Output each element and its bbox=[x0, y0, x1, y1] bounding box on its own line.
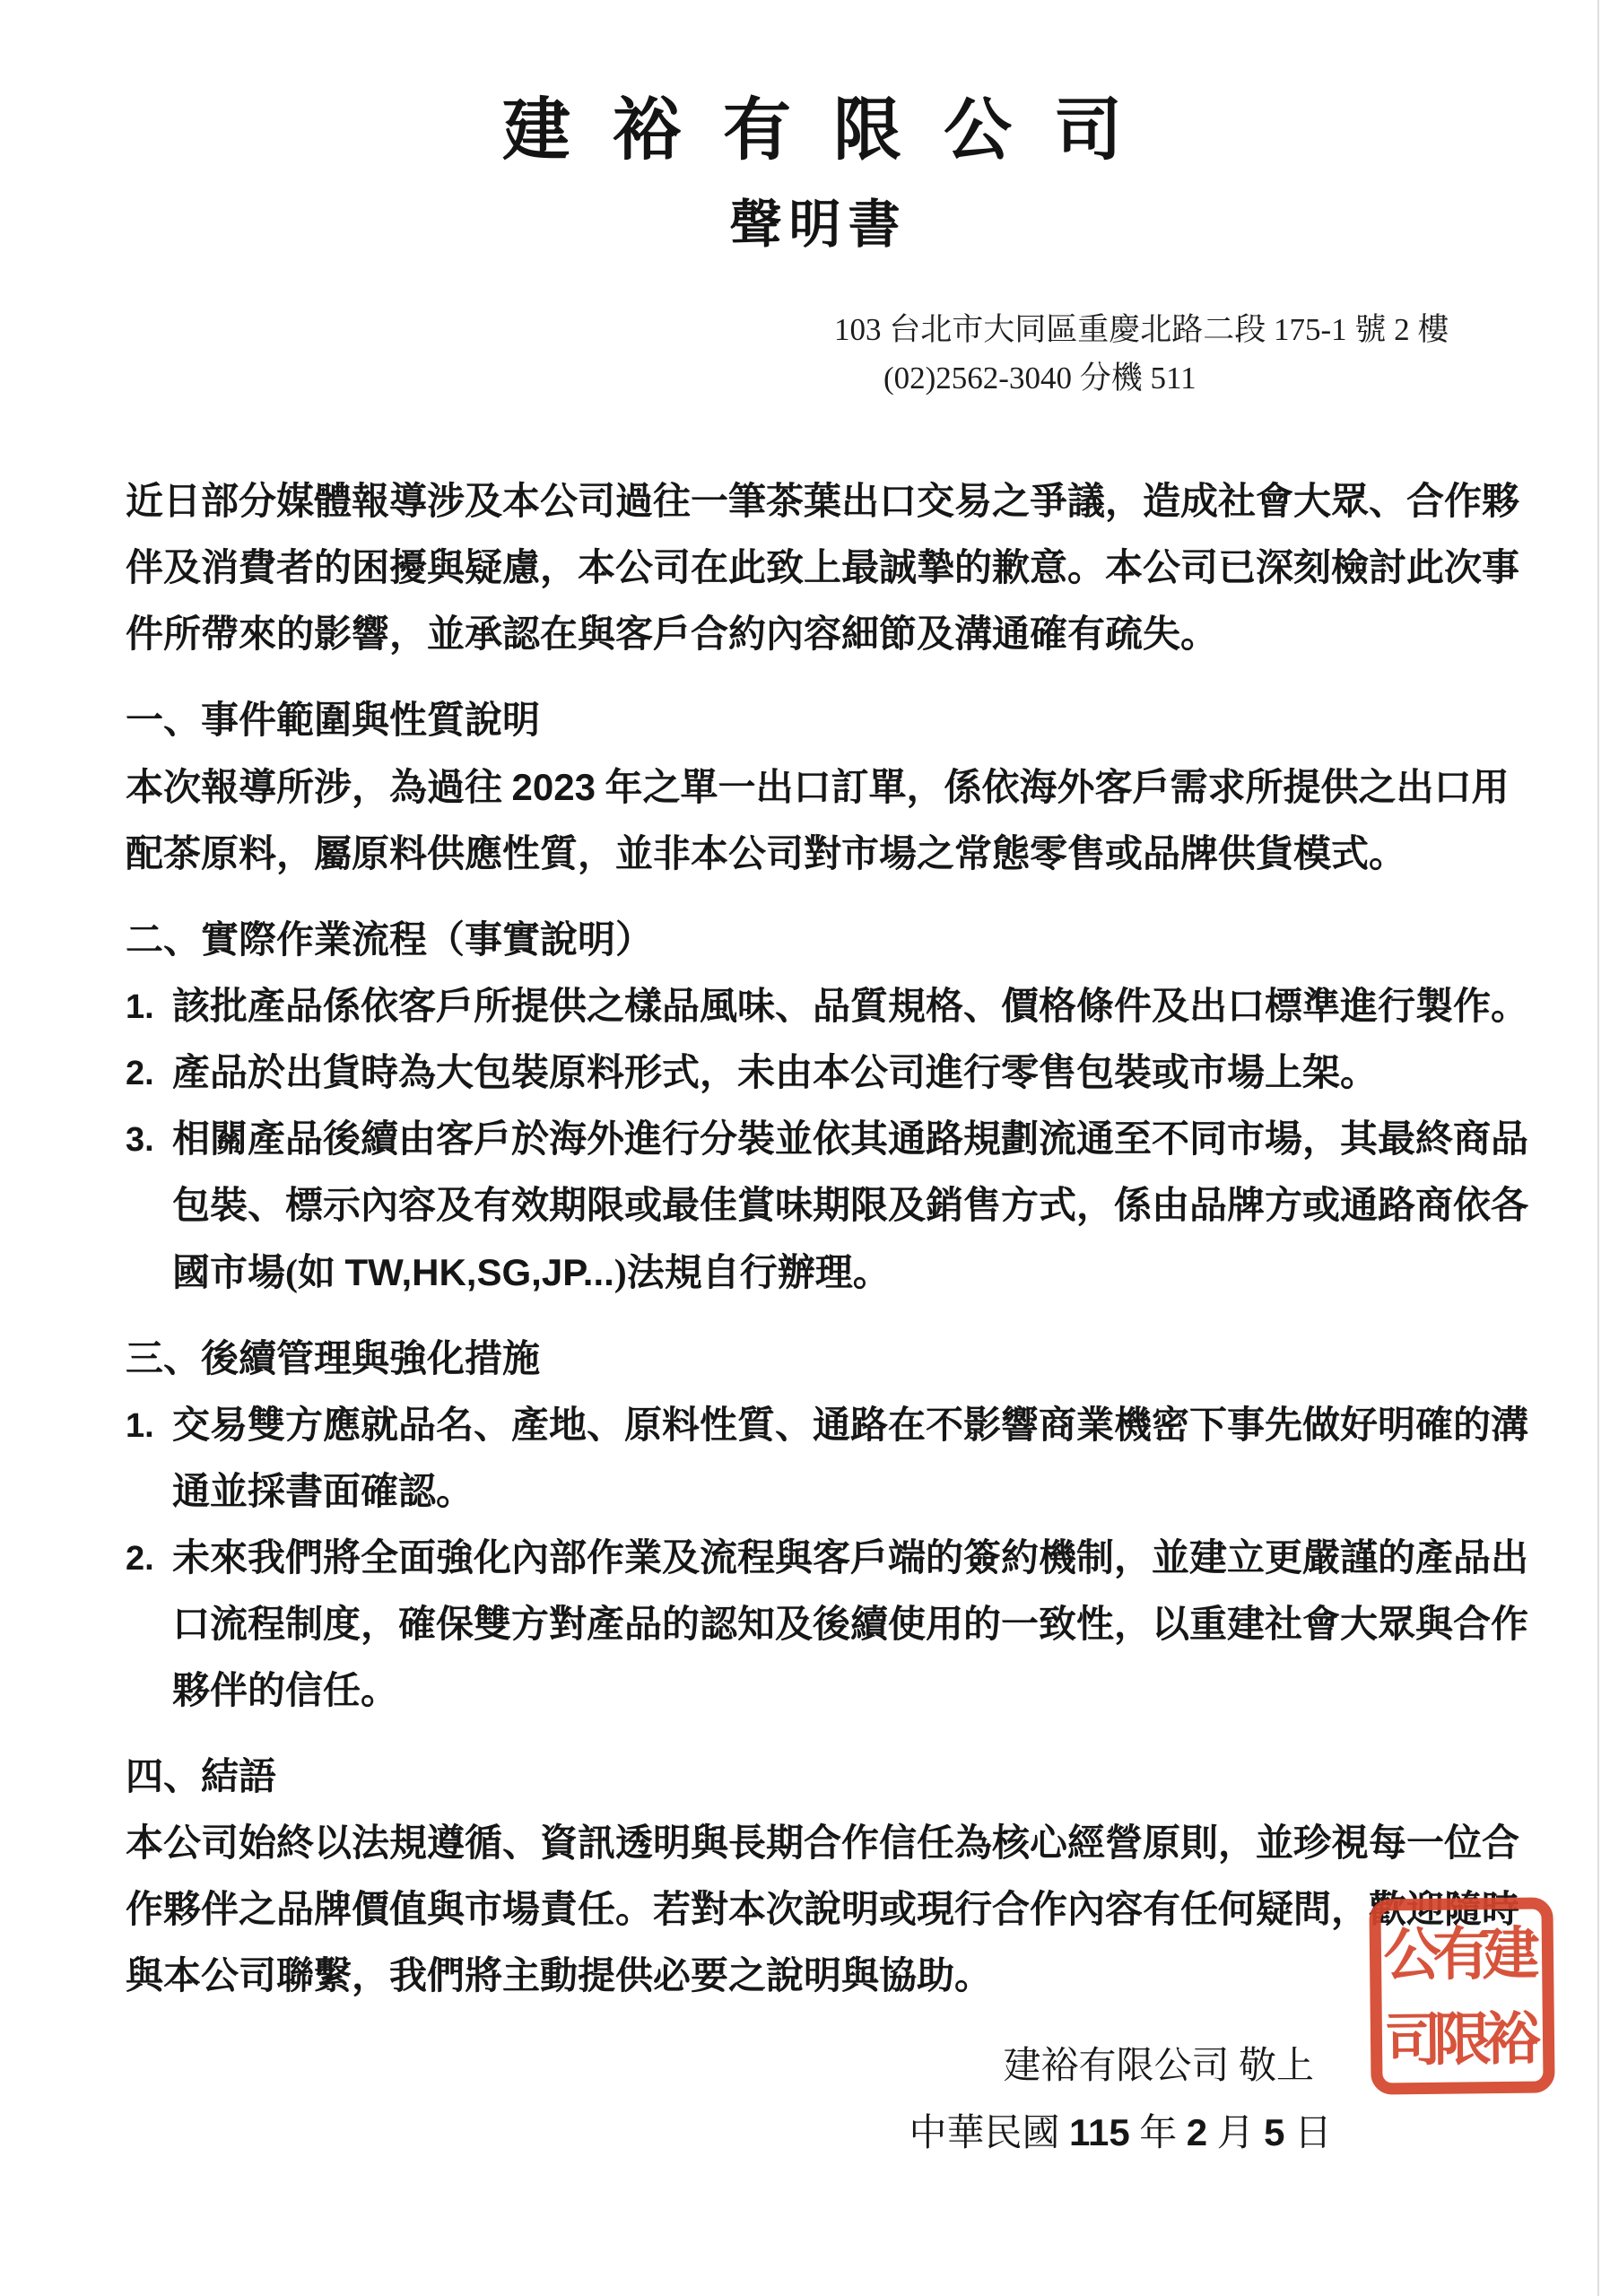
document-title: 聲明書 bbox=[126, 182, 1511, 257]
intro-line: 近日部分媒體報導涉及本公司過往一筆茶葉出口交易之爭議，造成社會大眾、合作夥 bbox=[126, 469, 1511, 535]
list-item: 2. 未來我們將全面強化內部作業及流程與客戶端的簽約機制，並建立更嚴謹的產品出 … bbox=[126, 1526, 1511, 1725]
section-line: 作夥伴之品牌價值與市場責任。若對本次說明或現行合作內容有任何疑問，歡迎隨時 bbox=[126, 1877, 1511, 1944]
list-item-number: 2. bbox=[126, 1526, 172, 1725]
list-item-number: 1. bbox=[126, 974, 172, 1040]
section-heading: 一、事件範圍與性質說明 bbox=[126, 688, 1511, 754]
list-item-line: 相關產品後續由客戶於海外進行分裝並依其通路規劃流通至不同市場，其最終商品 bbox=[172, 1107, 1528, 1173]
list-item-line: 國市場(如 TW,HK,SG,JP...)法規自行辦理。 bbox=[172, 1239, 1528, 1307]
company-seal: 建 裕 有 限 公 司 bbox=[1369, 1897, 1555, 2095]
company-seal-graphic: 建 裕 有 限 公 司 bbox=[1369, 1897, 1555, 2095]
section-4: 四、結語 本公司始終以法規遵循、資訊透明與長期合作信任為核心經營原則，並珍視每一… bbox=[126, 1744, 1511, 2010]
intro-paragraph: 近日部分媒體報導涉及本公司過往一筆茶葉出口交易之爭議，造成社會大眾、合作夥 伴及… bbox=[126, 469, 1511, 668]
seal-character: 建 bbox=[1482, 1922, 1540, 1987]
list-item-line: 夥伴的信任。 bbox=[172, 1658, 1528, 1725]
statement-document: 建 裕 有 限 公 司 聲明書 103 台北市大同區重慶北路二段 175-1 號… bbox=[0, 0, 1610, 2296]
list-item-line: 口流程制度，確保雙方對產品的認知及後續使用的一致性，以重建社會大眾與合作 bbox=[172, 1592, 1528, 1658]
intro-line: 件所帶來的影響，並承認在與客戶合約內容細節及溝通確有疏失。 bbox=[126, 602, 1511, 668]
statement-body: 近日部分媒體報導涉及本公司過往一筆茶葉出口交易之爭議，造成社會大眾、合作夥 伴及… bbox=[126, 469, 1511, 2167]
list-item-line: 該批產品係依客戶所提供之樣品風味、品質規格、價格條件及出口標準進行製作。 bbox=[172, 987, 1528, 1028]
seal-character: 司 bbox=[1384, 2008, 1442, 2073]
section-2: 二、實際作業流程（事實說明） 1. 該批產品係依客戶所提供之樣品風味、品質規格、… bbox=[126, 908, 1511, 1307]
list-item-line: 未來我們將全面強化內部作業及流程與客戶端的簽約機制，並建立更嚴謹的產品出 bbox=[172, 1526, 1528, 1592]
section-heading: 三、後續管理與強化措施 bbox=[126, 1326, 1511, 1393]
list-item-line: 產品於出貨時為大包裝原料形式，未由本公司進行零售包裝或市場上架。 bbox=[172, 1053, 1378, 1094]
list-item: 1. 交易雙方應就品名、產地、原料性質、通路在不影響商業機密下事先做好明確的溝 … bbox=[126, 1393, 1511, 1526]
seal-character: 裕 bbox=[1483, 2007, 1541, 2072]
list-item-number: 2. bbox=[126, 1040, 172, 1107]
company-title: 建 裕 有 限 公 司 bbox=[126, 75, 1511, 173]
section-1: 一、事件範圍與性質說明 本次報導所涉，為過往 2023 年之單一出口訂單，係依海… bbox=[126, 688, 1511, 888]
company-address: 103 台北市大同區重慶北路二段 175-1 號 2 樓 bbox=[834, 306, 1511, 354]
contact-block: 103 台北市大同區重慶北路二段 175-1 號 2 樓 (02)2562-30… bbox=[126, 306, 1511, 403]
company-phone: (02)2562-3040 分機 511 bbox=[883, 354, 1511, 403]
list-item-number: 3. bbox=[126, 1107, 172, 1307]
list-item-line: 通並採書面確認。 bbox=[172, 1459, 1528, 1526]
list-item-number: 1. bbox=[126, 1393, 172, 1526]
section-heading: 四、結語 bbox=[126, 1744, 1511, 1811]
closing-block: 建裕有限公司 敬上 中華民國 115 年 2 月 5 日 bbox=[126, 2033, 1511, 2167]
seal-character: 公 bbox=[1383, 1923, 1441, 1987]
section-line: 配茶原料，屬原料供應性質，並非本公司對市場之常態零售或品牌供貨模式。 bbox=[126, 822, 1511, 888]
scan-edge-artifact bbox=[1597, 0, 1599, 2296]
section-3: 三、後續管理與強化措施 1. 交易雙方應就品名、產地、原料性質、通路在不影響商業… bbox=[126, 1326, 1511, 1725]
list-item-line: 包裝、標示內容及有效期限或最佳賞味期限及銷售方式，係由品牌方或通路商依各 bbox=[172, 1173, 1528, 1239]
intro-line: 伴及消費者的困擾與疑慮，本公司在此致上最誠摯的歉意。本公司已深刻檢討此次事 bbox=[126, 535, 1511, 602]
section-line: 本公司始終以法規遵循、資訊透明與長期合作信任為核心經營原則，並珍視每一位合 bbox=[126, 1811, 1511, 1877]
section-line: 與本公司聯繫，我們將主動提供必要之說明與協助。 bbox=[126, 1944, 1511, 2010]
list-item: 3. 相關產品後續由客戶於海外進行分裝並依其通路規劃流通至不同市場，其最終商品 … bbox=[126, 1107, 1511, 1307]
list-item: 2. 產品於出貨時為大包裝原料形式，未由本公司進行零售包裝或市場上架。 bbox=[126, 1040, 1511, 1107]
seal-character: 有 bbox=[1432, 1923, 1491, 1987]
list-item-line: 交易雙方應就品名、產地、原料性質、通路在不影響商業機密下事先做好明確的溝 bbox=[172, 1393, 1528, 1459]
list-item: 1. 該批產品係依客戶所提供之樣品風味、品質規格、價格條件及出口標準進行製作。 bbox=[126, 974, 1511, 1040]
signature-line: 建裕有限公司 敬上 bbox=[126, 2033, 1314, 2100]
section-line: 本次報導所涉，為過往 2023 年之單一出口訂單，係依海外客戶需求所提供之出口用 bbox=[126, 754, 1511, 822]
section-heading: 二、實際作業流程（事實說明） bbox=[126, 908, 1511, 974]
seal-character: 限 bbox=[1433, 2008, 1492, 2073]
date-line: 中華民國 115 年 2 月 5 日 bbox=[126, 2100, 1332, 2167]
